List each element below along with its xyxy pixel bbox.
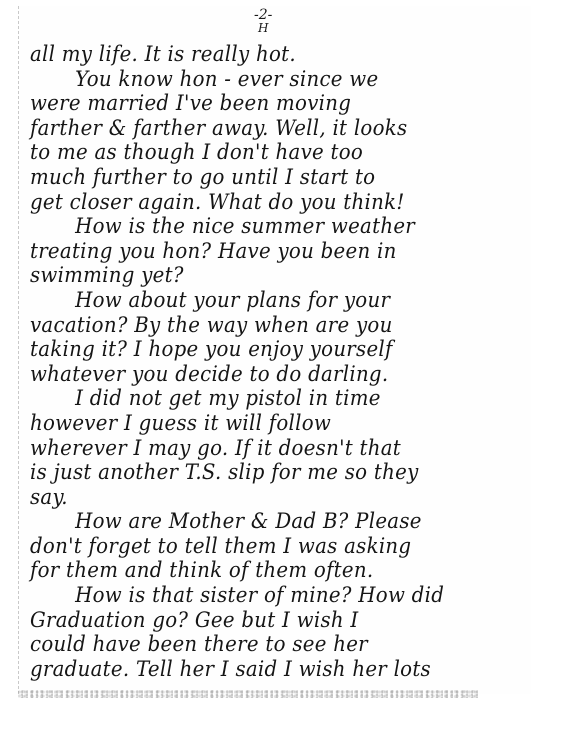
letter-line: treating you hon? Have you been in [30,239,500,264]
letter-line: however I guess it will follow [30,411,500,436]
page-number-sub: H [254,22,272,34]
letter-line: farther & farther away. Well, it looks [30,116,500,141]
letter-line: taking it? I hope you enjoy yourself [30,337,500,362]
letter-line: to me as though I don't have too [30,140,500,165]
letter-line: whatever you decide to do darling. [30,362,500,387]
letter-line: all my life. It is really hot. [30,42,500,67]
letter-line: How about your plans for your [30,288,500,313]
letter-line: Graduation go? Gee but I wish I [30,608,500,633]
letter-line: How is that sister of mine? How did [30,583,500,608]
letter-line: You know hon - ever since we [30,67,500,92]
letter-line: much further to go until I start to [30,165,500,190]
letter-line: How are Mother & Dad B? Please [30,509,500,534]
letter-line: could have been there to see her [30,632,500,657]
letter-line: for them and think of them often. [30,558,500,583]
letter-line: swimming yet? [30,263,500,288]
letter-line: don't forget to tell them I was asking [30,534,500,559]
letter-line: say. [30,485,500,510]
letter-line: wherever I may go. If it doesn't that [30,436,500,461]
letter-line: How is the nice summer weather [30,214,500,239]
letter-line: is just another T.S. slip for me so they [30,460,500,485]
letter-line: graduate. Tell her I said I wish her lot… [30,657,500,682]
letter-body: all my life. It is really hot.You know h… [30,42,530,681]
scan-noise [18,690,478,698]
letter-line: I did not get my pistol in time [30,386,500,411]
page-number: -2- H [254,8,272,34]
letter-line: vacation? By the way when are you [30,313,500,338]
letter-line: get closer again. What do you think! [30,190,500,215]
letter-line: were married I've been moving [30,91,500,116]
